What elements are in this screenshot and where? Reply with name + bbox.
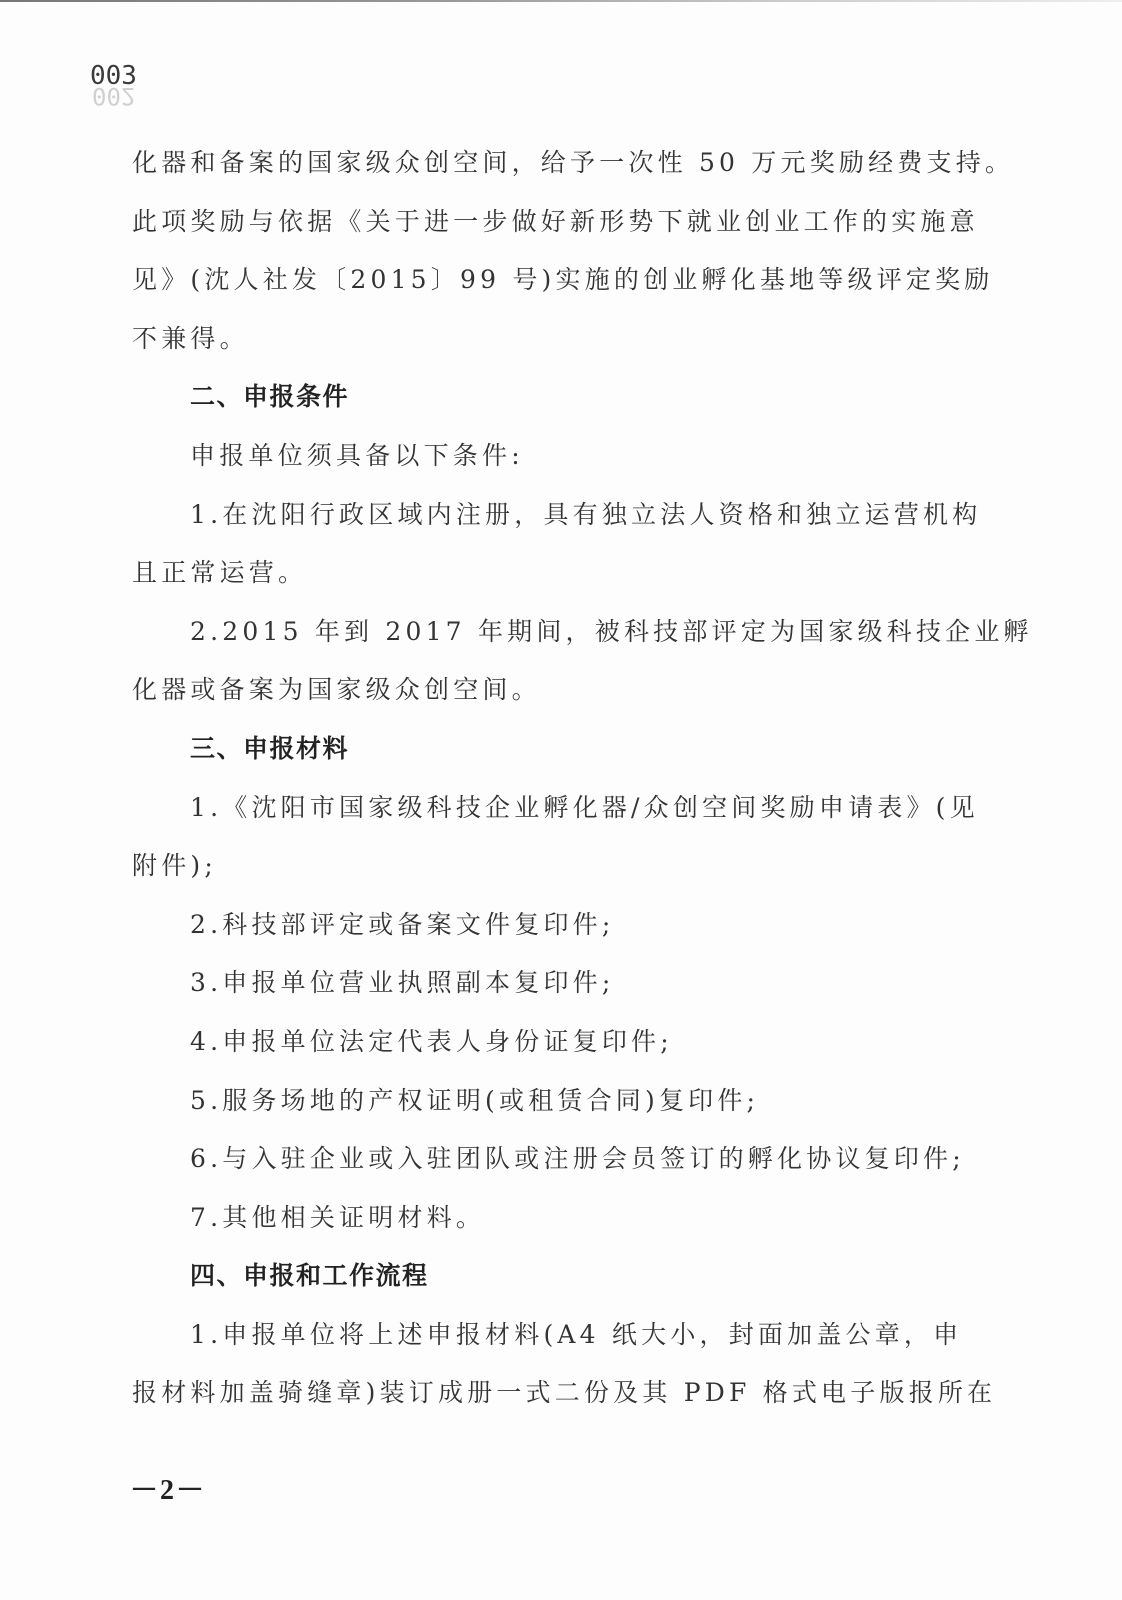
list-item: 1.《沈阳市国家级科技企业孵化器/众创空间奖励申请表》(见: [132, 785, 984, 844]
list-item: 2.科技部评定或备案文件复印件;: [132, 902, 984, 961]
text-line: 且正常运营。: [132, 550, 984, 609]
list-item: 5.服务场地的产权证明(或租赁合同)复印件;: [132, 1078, 984, 1137]
section-heading-workflow: 四、申报和工作流程: [132, 1253, 984, 1312]
text-line: 不兼得。: [132, 316, 984, 375]
page-stamp-bleedthrough: 002: [92, 84, 135, 108]
list-item: 3.申报单位营业执照副本复印件;: [132, 960, 984, 1019]
text-line: 此项奖励与依据《关于进一步做好新形势下就业创业工作的实施意: [132, 199, 984, 258]
text-line: 附件);: [132, 843, 984, 902]
list-item: 4.申报单位法定代表人身份证复印件;: [132, 1019, 984, 1078]
list-item: 6.与入驻企业或入驻团队或注册会员签订的孵化协议复印件;: [132, 1136, 984, 1195]
list-item: 2.2015 年到 2017 年期间，被科技部评定为国家级科技企业孵: [132, 609, 984, 668]
scan-top-edge: [0, 0, 1122, 2]
list-item: 7.其他相关证明材料。: [132, 1195, 984, 1254]
text-line: 报材料加盖骑缝章)装订成册一式二份及其 PDF 格式电子版报所在: [132, 1370, 984, 1429]
list-item: 1.在沈阳行政区域内注册，具有独立法人资格和独立运营机构: [132, 492, 984, 551]
section-heading-materials: 三、申报材料: [132, 726, 984, 785]
text-line: 见》(沈人社发〔2015〕99 号)实施的创业孵化基地等级评定奖励: [132, 257, 984, 316]
document-body: 化器和备案的国家级众创空间，给予一次性 50 万元奖励经费支持。 此项奖励与依据…: [132, 140, 984, 1429]
section-heading-conditions: 二、申报条件: [132, 374, 984, 433]
text-line: 化器或备案为国家级众创空间。: [132, 667, 984, 726]
list-item: 1.申报单位将上述申报材料(A4 纸大小，封面加盖公章，申: [132, 1312, 984, 1371]
text-line: 申报单位须具备以下条件:: [132, 433, 984, 492]
text-line: 化器和备案的国家级众创空间，给予一次性 50 万元奖励经费支持。: [132, 140, 984, 199]
page-number: －2－: [130, 1468, 206, 1508]
